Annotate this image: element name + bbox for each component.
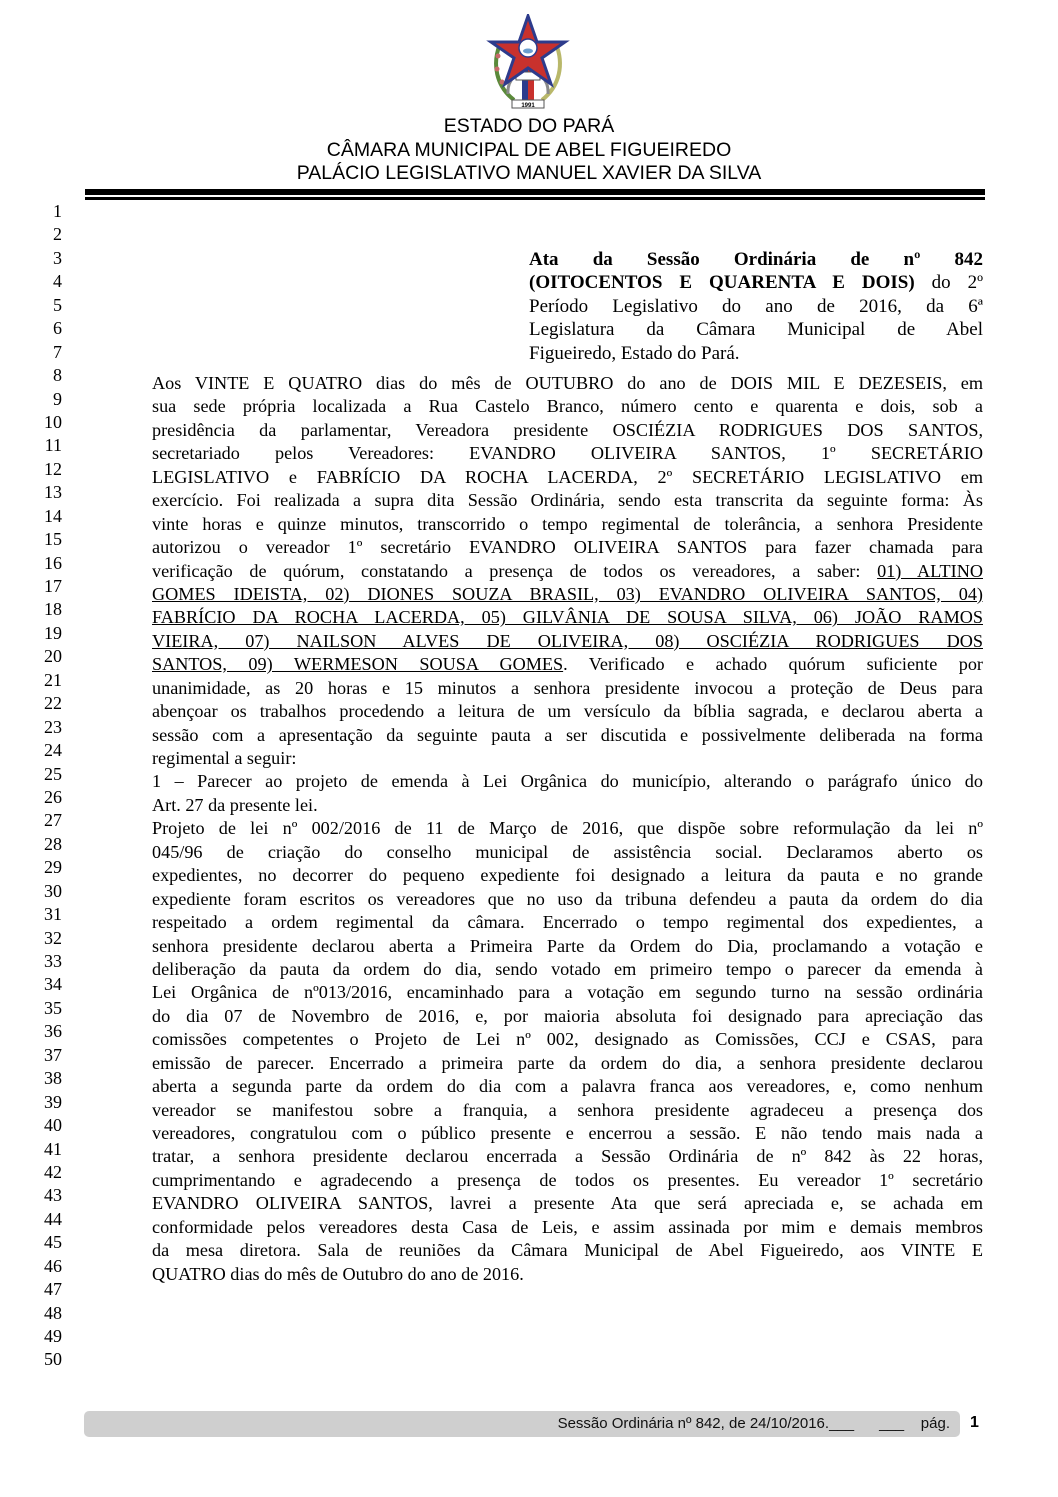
coat-of-arms-icon: 1991: [478, 14, 578, 110]
line-number: 22: [20, 692, 62, 715]
line-numbers: 1234567891011121314151617181920212223242…: [20, 200, 62, 1372]
body-line: respeitado a ordem regimental da câmara.…: [152, 911, 983, 934]
line-number: 45: [20, 1231, 62, 1254]
body-line: expediente foram escritos os vereadores …: [152, 888, 983, 911]
body-line: vereadores, congratulou com o público pr…: [152, 1122, 983, 1145]
line-number: 24: [20, 739, 62, 762]
line-number: 28: [20, 833, 62, 856]
line-number: 17: [20, 575, 62, 598]
header-divider-thick: [85, 189, 985, 195]
body-line: deliberação da pauta da ordem do dia, se…: [152, 958, 983, 981]
line-number: 27: [20, 809, 62, 832]
title-line-1: Ata da Sessão Ordinária de nº 842: [529, 248, 983, 271]
footer-session-reference: Sessão Ordinária nº 842, de 24/10/2016._…: [558, 1414, 950, 1434]
roll-call-line: GOMES IDEISTA, 02) DIONES SOUZA BRASIL, …: [152, 583, 983, 606]
line-number: 9: [20, 388, 62, 411]
body-line: abençoar os trabalhos procedendo a leitu…: [152, 700, 983, 723]
body-line: 045/96 de criação do conselho municipal …: [152, 841, 983, 864]
roll-call-line: VIEIRA, 07) NAILSON ALVES DE OLIVEIRA, 0…: [152, 630, 983, 653]
line-number: 25: [20, 763, 62, 786]
roll-call-line: FABRÍCIO DA ROCHA LACERDA, 05) GILVÂNIA …: [152, 606, 983, 629]
line-number: 43: [20, 1184, 62, 1207]
body-line: verificação de quórum, constatando a pre…: [152, 560, 983, 583]
title-line-3: Período Legislativo do ano de 2016, da 6…: [529, 295, 983, 318]
line-number: 40: [20, 1114, 62, 1137]
line-number: 47: [20, 1278, 62, 1301]
body-line: LEGISLATIVO e FABRÍCIO DA ROCHA LACERDA,…: [152, 466, 983, 489]
line-number: 36: [20, 1020, 62, 1043]
line-number: 7: [20, 341, 62, 364]
body-line: sessão com a apresentação da seguinte pa…: [152, 724, 983, 747]
line-number: 33: [20, 950, 62, 973]
body-line: Projeto de lei nº 002/2016 de 11 de Març…: [152, 817, 983, 840]
line-number: 26: [20, 786, 62, 809]
line-number: 39: [20, 1091, 62, 1114]
title-line-2: (OITOCENTOS E QUARENTA E DOIS) do 2º: [529, 271, 983, 294]
line-number: 2: [20, 223, 62, 246]
body-line: regimental a seguir:: [152, 747, 983, 770]
line-number: 29: [20, 856, 62, 879]
page-number: 1: [970, 1413, 979, 1433]
line-number: 35: [20, 997, 62, 1020]
body-line: EVANDRO OLIVEIRA SANTOS, lavrei a presen…: [152, 1192, 983, 1215]
body-line: secretariado pelos Vereadores: EVANDRO O…: [152, 442, 983, 465]
line-number: 44: [20, 1208, 62, 1231]
line-number: 41: [20, 1138, 62, 1161]
line-number: 10: [20, 411, 62, 434]
body-line: aberta a segunda parte da ordem do dia c…: [152, 1075, 983, 1098]
header-palace: PALÁCIO LEGISLATIVO MANUEL XAVIER DA SIL…: [0, 162, 1058, 185]
body-line: vereador se manifestou sobre a franquia,…: [152, 1099, 983, 1122]
line-number: 42: [20, 1161, 62, 1184]
line-number: 5: [20, 294, 62, 317]
body-line: da mesa diretora. Sala de reuniões da Câ…: [152, 1239, 983, 1262]
line-number: 8: [20, 364, 62, 387]
line-number: 1: [20, 200, 62, 223]
header-state: ESTADO DO PARÁ: [0, 115, 1058, 138]
line-number: 31: [20, 903, 62, 926]
line-number: 15: [20, 528, 62, 551]
svg-text:1991: 1991: [521, 103, 535, 109]
body-line: cumprimentando e agradecendo a presença …: [152, 1169, 983, 1192]
line-number: 16: [20, 552, 62, 575]
body-line: Art. 27 da presente lei.: [152, 794, 983, 817]
line-number: 23: [20, 716, 62, 739]
body-line: Aos VINTE E QUATRO dias do mês de OUTUBR…: [152, 372, 983, 395]
body-line: do dia 07 de Novembro de 2016, e, por ma…: [152, 1005, 983, 1028]
body-line: tratar, a senhora presidente declarou en…: [152, 1145, 983, 1168]
line-number: 11: [20, 434, 62, 457]
line-number: 13: [20, 481, 62, 504]
line-number: 32: [20, 927, 62, 950]
minutes-title: Ata da Sessão Ordinária de nº 842 (OITOC…: [529, 248, 983, 365]
line-number: 50: [20, 1348, 62, 1371]
body-line: presidência da parlamentar, Vereadora pr…: [152, 419, 983, 442]
title-line-5: Figueiredo, Estado do Pará.: [529, 342, 983, 365]
header-chamber: CÂMARA MUNICIPAL DE ABEL FIGUEIREDO: [0, 139, 1058, 162]
agenda-item: 1 – Parecer ao projeto de emenda à Lei O…: [152, 770, 983, 793]
body-line: SANTOS, 09) WERMESON SOUSA GOMES. Verifi…: [152, 653, 983, 676]
line-number: 6: [20, 317, 62, 340]
title-line-4: Legislatura da Câmara Municipal de Abel: [529, 318, 983, 341]
line-number: 14: [20, 505, 62, 528]
line-number: 19: [20, 622, 62, 645]
body-line: conformidade pelos vereadores desta Casa…: [152, 1216, 983, 1239]
body-line: Lei Orgânica de nº013/2016, encaminhado …: [152, 981, 983, 1004]
body-line: emissão de parecer. Encerrado a primeira…: [152, 1052, 983, 1075]
line-number: 18: [20, 598, 62, 621]
body-line: unanimidade, as 20 horas e 15 minutos a …: [152, 677, 983, 700]
line-number: 34: [20, 973, 62, 996]
line-number: 21: [20, 669, 62, 692]
document-page: 1991 ESTADO DO PARÁ CÂMARA MUNICIPAL DE …: [0, 0, 1058, 1497]
roll-call-end: SANTOS, 09) WERMESON SOUSA GOMES: [152, 654, 563, 674]
body-line: vinte horas e quinze minutos, transcorri…: [152, 513, 983, 536]
line-number: 49: [20, 1325, 62, 1348]
body-line: expedientes, no decorrer do pequeno expe…: [152, 864, 983, 887]
line-number: 37: [20, 1044, 62, 1067]
body-line: exercício. Foi realizada a supra dita Se…: [152, 489, 983, 512]
body-line: sua sede própria localizada a Rua Castel…: [152, 395, 983, 418]
minutes-body: Aos VINTE E QUATRO dias do mês de OUTUBR…: [152, 372, 983, 1286]
line-number: 20: [20, 645, 62, 668]
roll-call-start: 01) ALTINO: [877, 561, 983, 581]
line-number: 38: [20, 1067, 62, 1090]
body-line: senhora presidente declarou aberta a Pri…: [152, 935, 983, 958]
body-line: autorizou o vereador 1º secretário EVAND…: [152, 536, 983, 559]
line-number: 3: [20, 247, 62, 270]
body-line: QUATRO dias do mês de Outubro do ano de …: [152, 1263, 983, 1286]
line-number: 12: [20, 458, 62, 481]
line-number: 48: [20, 1302, 62, 1325]
body-line: comissões competentes o Projeto de Lei n…: [152, 1028, 983, 1051]
header-divider-thin: [85, 197, 985, 200]
line-number: 30: [20, 880, 62, 903]
line-number: 4: [20, 270, 62, 293]
line-number: 46: [20, 1255, 62, 1278]
